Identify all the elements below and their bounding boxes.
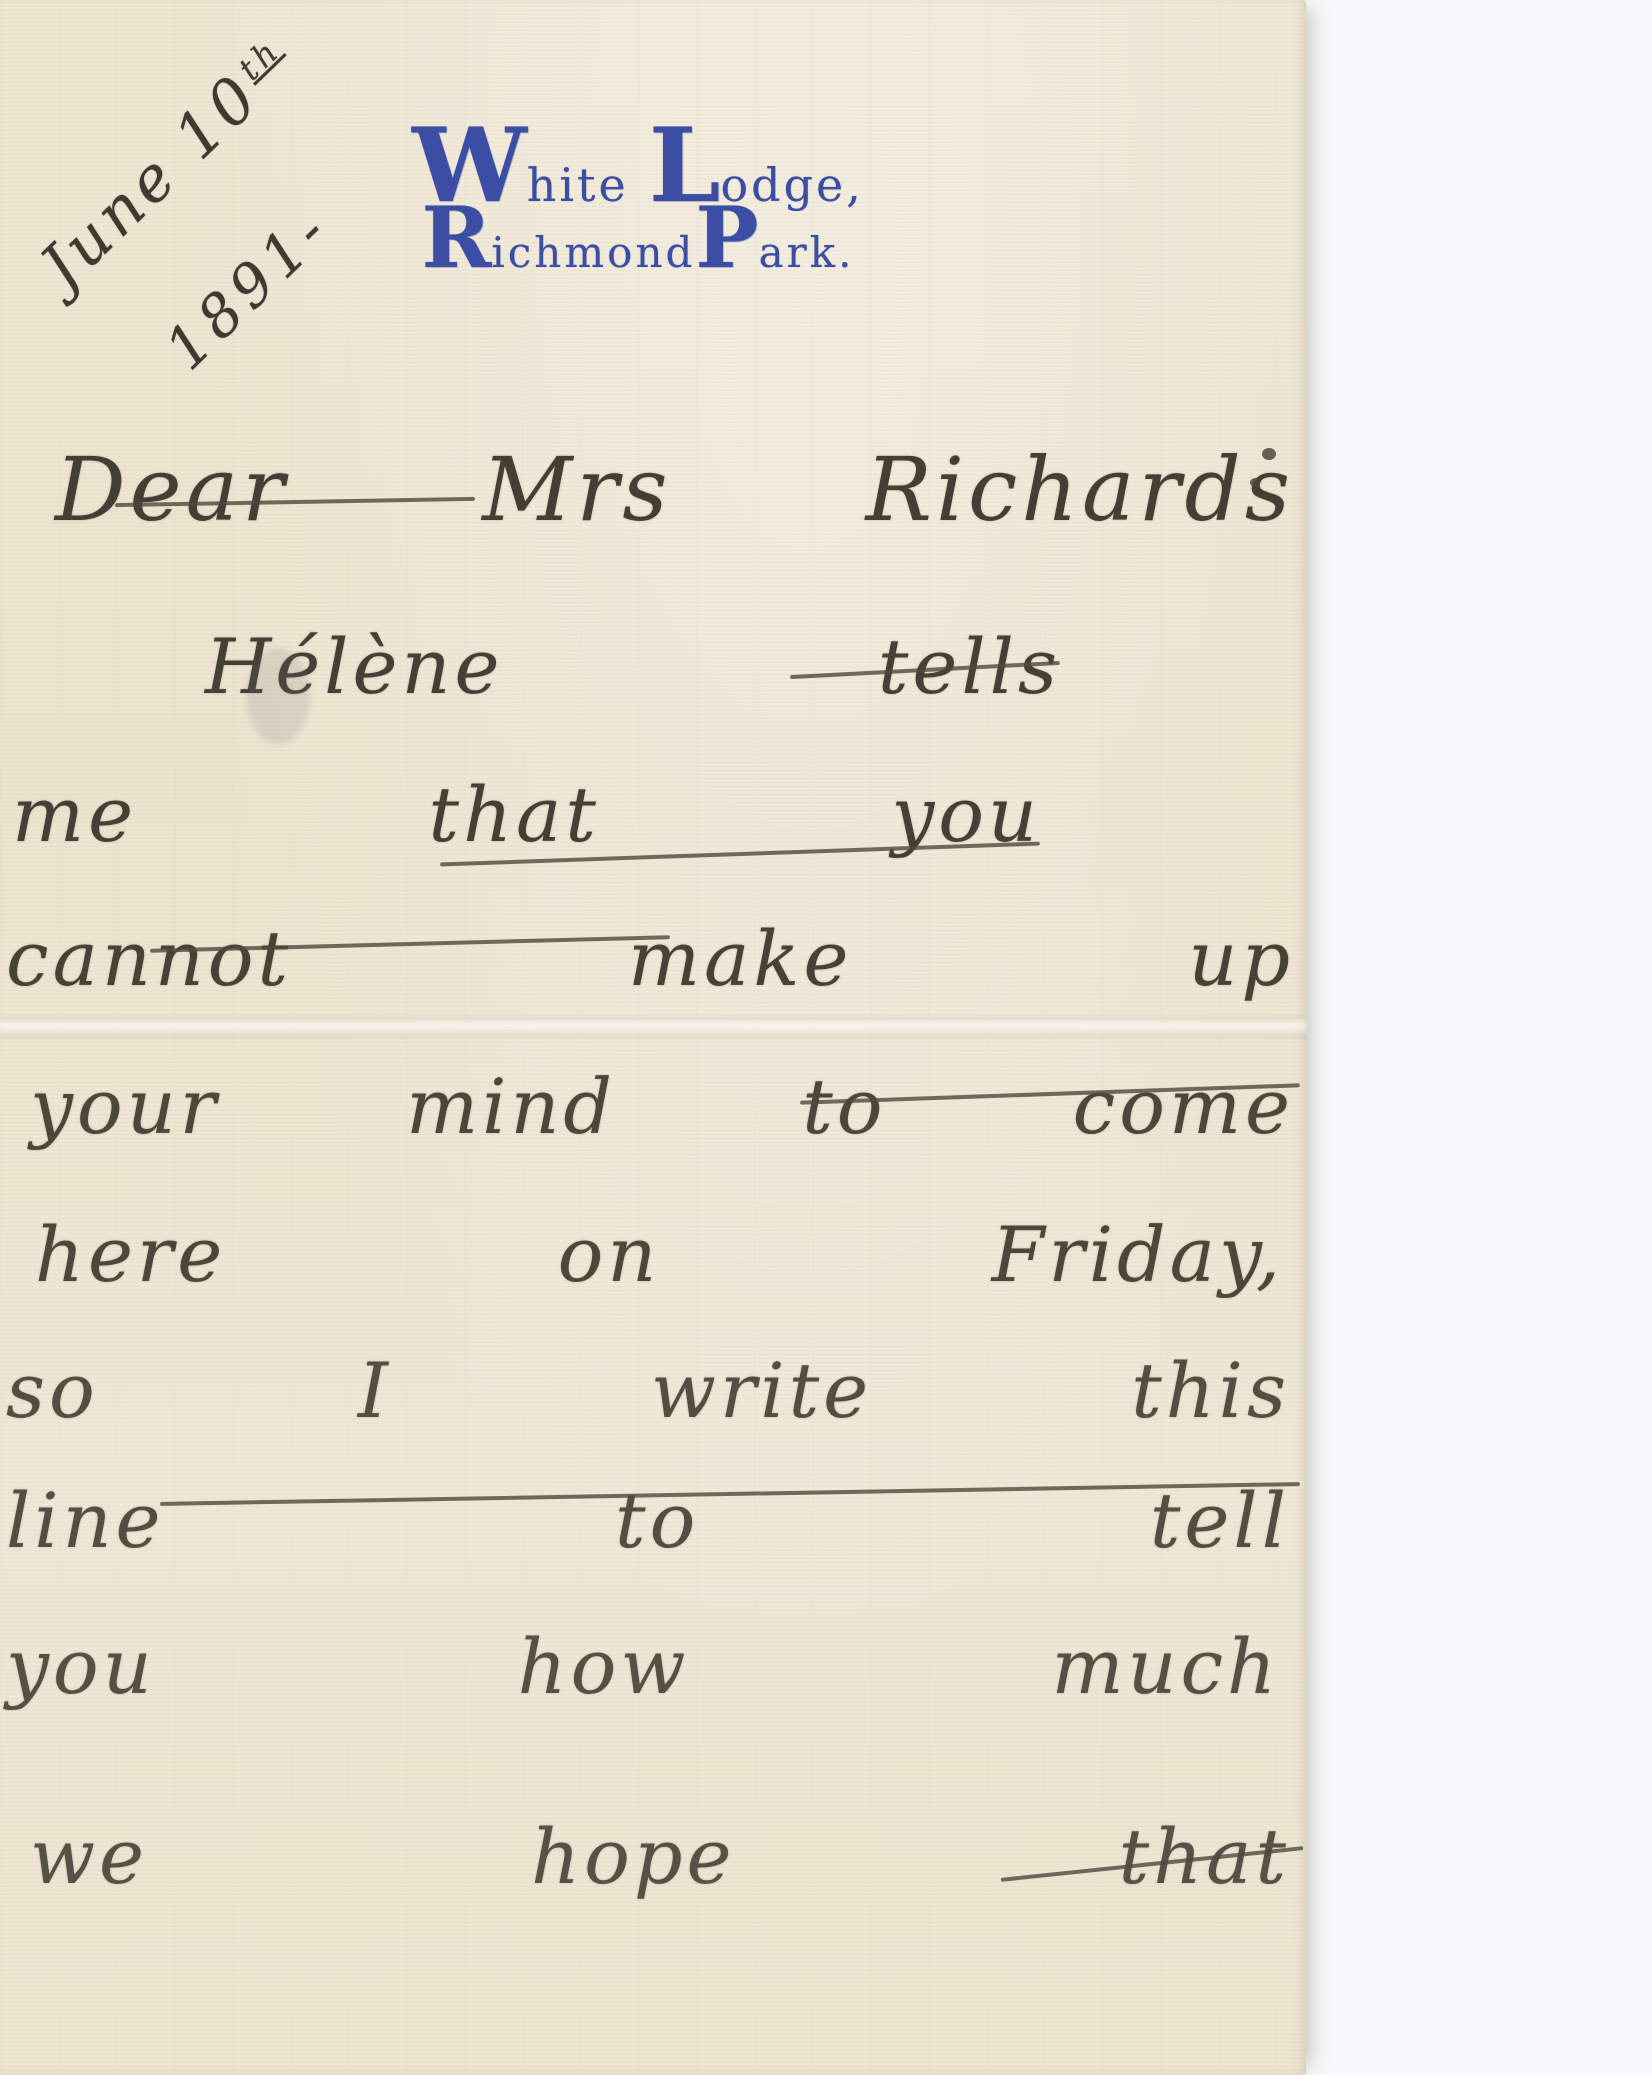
handwritten-line: Hélène tells [205,622,1061,711]
handwritten-line-salutation: Dear Mrs Richards [55,438,1294,541]
letterhead-initial-p: P [695,206,758,269]
handwritten-line: here on Friday, [35,1210,1284,1299]
ink-speck [1262,448,1276,460]
handwritten-line: you how much [6,1622,1280,1711]
letterhead-text: hite [527,158,629,212]
handwritten-line: we hope that [30,1812,1290,1901]
letterhead-initial-r: R [422,206,492,269]
handwritten-line: your mind to come [30,1062,1294,1151]
handwritten-line: so I write this [6,1346,1290,1435]
ink-speck [1250,478,1260,487]
letterhead-text: ark. [759,228,855,277]
handwritten-line: me that you [12,770,1041,859]
letterhead-line-1: W hite L odge, [442,128,834,212]
date-year: 1891- [152,194,345,383]
handwritten-line: cannot make up [6,914,1294,1003]
ink-smudge [246,648,310,744]
fold-crease [0,1016,1306,1038]
scanned-letter: June 10th 1891- W hite L odge, R ichmond… [0,0,1652,2075]
letterhead: W hite L odge, R ichmond P ark. [442,128,834,277]
paper: June 10th 1891- W hite L odge, R ichmond… [0,0,1306,2075]
letterhead-text: ichmond [491,228,695,277]
